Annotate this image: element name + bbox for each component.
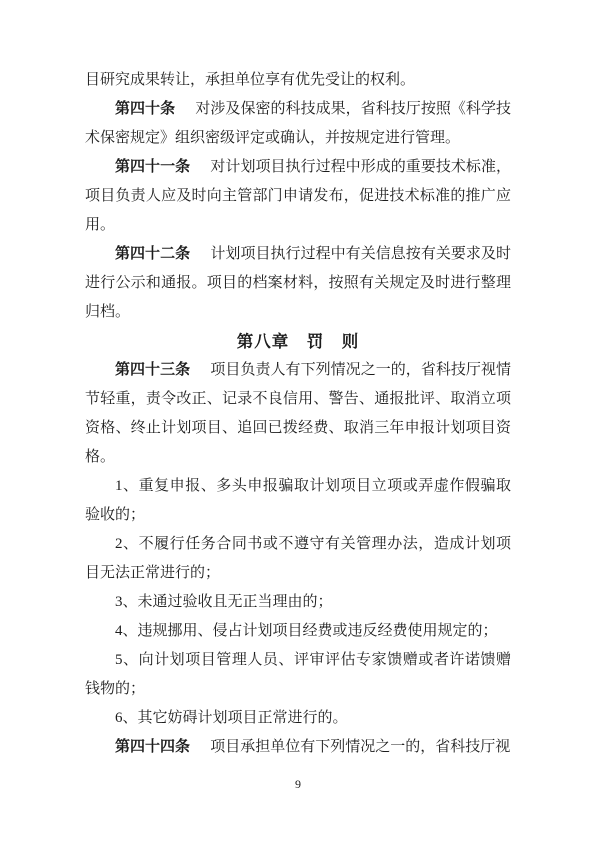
chapter-heading: 第八章 罚 则 [85, 327, 511, 356]
paragraph-article-43: 第四十三条项目负责人有下列情况之一的，省科技厅视情节轻重，责令改正、记录不良信用… [85, 356, 511, 472]
paragraph-article-41: 第四十一条对计划项目执行过程中形成的重要技术标准，项目负责人应及时向主管部门申请… [85, 153, 511, 240]
list-item-2: 2、不履行任务合同书或不遵守有关管理办法，造成计划项目无法正常进行的； [85, 530, 511, 588]
paragraph-continuation: 目研究成果转让，承担单位享有优先受让的权利。 [85, 66, 511, 95]
list-item-5: 5、向计划项目管理人员、评审评估专家馈赠或者许诺馈赠钱物的； [85, 646, 511, 704]
list-item-4: 4、违规挪用、侵占计划项目经费或违反经费使用规定的； [85, 617, 511, 646]
list-item-3: 3、未通过验收且无正当理由的； [85, 588, 511, 617]
list-item-1: 1、重复申报、多头申报骗取计划项目立项或弄虚作假骗取验收的； [85, 472, 511, 530]
paragraph-text: 项目承担单位有下列情况之一的，省科技厅视 [210, 739, 510, 755]
document-content: 目研究成果转让，承担单位享有优先受让的权利。 第四十条对涉及保密的科技成果，省科… [85, 66, 511, 762]
page-number: 9 [0, 775, 596, 793]
article-number: 第四十三条 [115, 362, 190, 378]
paragraph-article-40: 第四十条对涉及保密的科技成果，省科技厅按照《科学技术保密规定》组织密级评定或确认… [85, 95, 511, 153]
article-number: 第四十四条 [115, 739, 190, 755]
paragraph-text: 5、向计划项目管理人员、评审评估专家馈赠或者许诺馈赠钱物的； [85, 652, 511, 697]
paragraph-article-44: 第四十四条项目承担单位有下列情况之一的，省科技厅视 [85, 733, 511, 762]
paragraph-text: 3、未通过验收且无正当理由的； [115, 594, 333, 610]
paragraph-text: 2、不履行任务合同书或不遵守有关管理办法，造成计划项目无法正常进行的； [85, 536, 511, 581]
paragraph-text: 目研究成果转让，承担单位享有优先受让的权利。 [85, 72, 415, 88]
document-page: 目研究成果转让，承担单位享有优先受让的权利。 第四十条对涉及保密的科技成果，省科… [0, 0, 596, 842]
article-number: 第四十一条 [115, 159, 190, 175]
paragraph-article-42: 第四十二条计划项目执行过程中有关信息按有关要求及时进行公示和通报。项目的档案材料… [85, 240, 511, 327]
article-number: 第四十条 [115, 101, 175, 117]
article-number: 第四十二条 [115, 246, 190, 262]
paragraph-text: 1、重复申报、多头申报骗取计划项目立项或弄虚作假骗取验收的； [85, 478, 511, 523]
paragraph-text: 6、其它妨碍计划项目正常进行的。 [115, 710, 348, 726]
list-item-6: 6、其它妨碍计划项目正常进行的。 [85, 704, 511, 733]
paragraph-text: 4、违规挪用、侵占计划项目经费或违反经费使用规定的； [115, 623, 498, 639]
